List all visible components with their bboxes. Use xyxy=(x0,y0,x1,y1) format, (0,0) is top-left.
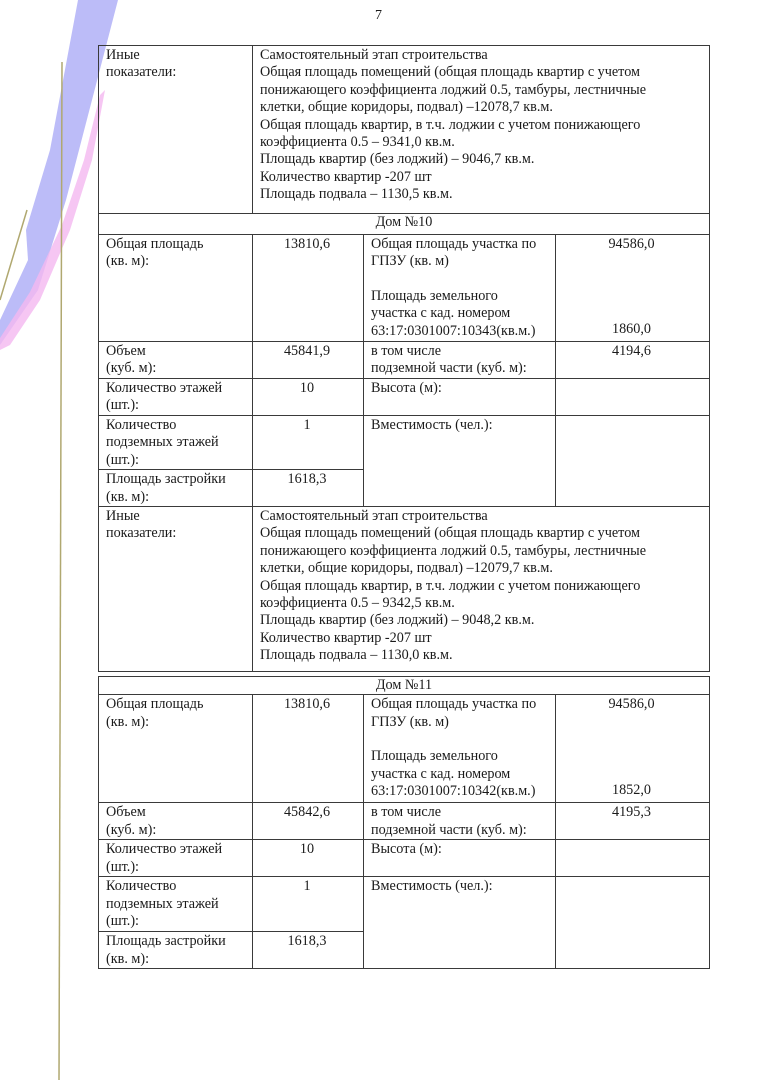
plot-area-label: Общая площадь участка по ГПЗУ (кв. м) Пл… xyxy=(364,235,556,342)
underground-volume-label: в том числе подземной части (куб. м): xyxy=(364,803,556,840)
total-area-value: 13810,6 xyxy=(253,695,364,803)
capacity-value xyxy=(556,877,710,969)
total-area-label: Общая площадь (кв. м): xyxy=(99,695,253,803)
underground-floors-value: 1 xyxy=(253,416,364,470)
capacity-label: Вместимость (чел.): xyxy=(364,877,556,969)
underground-volume-value: 4194,6 xyxy=(556,342,710,379)
volume-label: Объем (куб. м): xyxy=(99,803,253,840)
height-value xyxy=(556,379,710,416)
underground-floors-label: Количество подземных этажей (шт.): xyxy=(99,416,253,470)
page-number: 7 xyxy=(0,8,757,24)
house-11-table: Дом №11 Общая площадь (кв. м): 13810,6 О… xyxy=(98,676,710,969)
plot-area-label: Общая площадь участка по ГПЗУ (кв. м) Пл… xyxy=(364,695,556,803)
floors-label: Количество этажей (шт.): xyxy=(99,840,253,877)
volume-value: 45842,6 xyxy=(253,803,364,840)
house-title: Дом №10 xyxy=(99,214,710,235)
height-label: Высота (м): xyxy=(364,840,556,877)
other-indicators-label: Иные показатели: xyxy=(99,507,253,672)
house-10-table: Дом №10 Общая площадь (кв. м): 13810,6 О… xyxy=(98,213,710,672)
volume-label: Объем (куб. м): xyxy=(99,342,253,379)
other-indicators-label: Иные показатели: xyxy=(99,46,253,214)
capacity-label: Вместимость (чел.): xyxy=(364,416,556,507)
underground-volume-label: в том числе подземной части (куб. м): xyxy=(364,342,556,379)
other-indicators-text: Самостоятельный этап строительства Общая… xyxy=(253,507,710,672)
previous-house-other-block: Иные показатели: Самостоятельный этап ст… xyxy=(98,45,710,214)
total-area-label: Общая площадь (кв. м): xyxy=(99,235,253,342)
built-area-value: 1618,3 xyxy=(253,470,364,507)
height-label: Высота (м): xyxy=(364,379,556,416)
volume-value: 45841,9 xyxy=(253,342,364,379)
underground-floors-label: Количество подземных этажей (шт.): xyxy=(99,877,253,932)
plot-area-values: 94586,0 1852,0 xyxy=(556,695,710,803)
total-area-value: 13810,6 xyxy=(253,235,364,342)
other-indicators-text: Самостоятельный этап строительства Общая… xyxy=(253,46,710,214)
underground-floors-value: 1 xyxy=(253,877,364,932)
floors-value: 10 xyxy=(253,840,364,877)
capacity-value xyxy=(556,416,710,507)
house-title: Дом №11 xyxy=(99,677,710,695)
height-value xyxy=(556,840,710,877)
floors-label: Количество этажей (шт.): xyxy=(99,379,253,416)
underground-volume-value: 4195,3 xyxy=(556,803,710,840)
plot-area-values: 94586,0 1860,0 xyxy=(556,235,710,342)
built-area-label: Площадь застройки (кв. м): xyxy=(99,932,253,969)
built-area-value: 1618,3 xyxy=(253,932,364,969)
floors-value: 10 xyxy=(253,379,364,416)
built-area-label: Площадь застройки (кв. м): xyxy=(99,470,253,507)
